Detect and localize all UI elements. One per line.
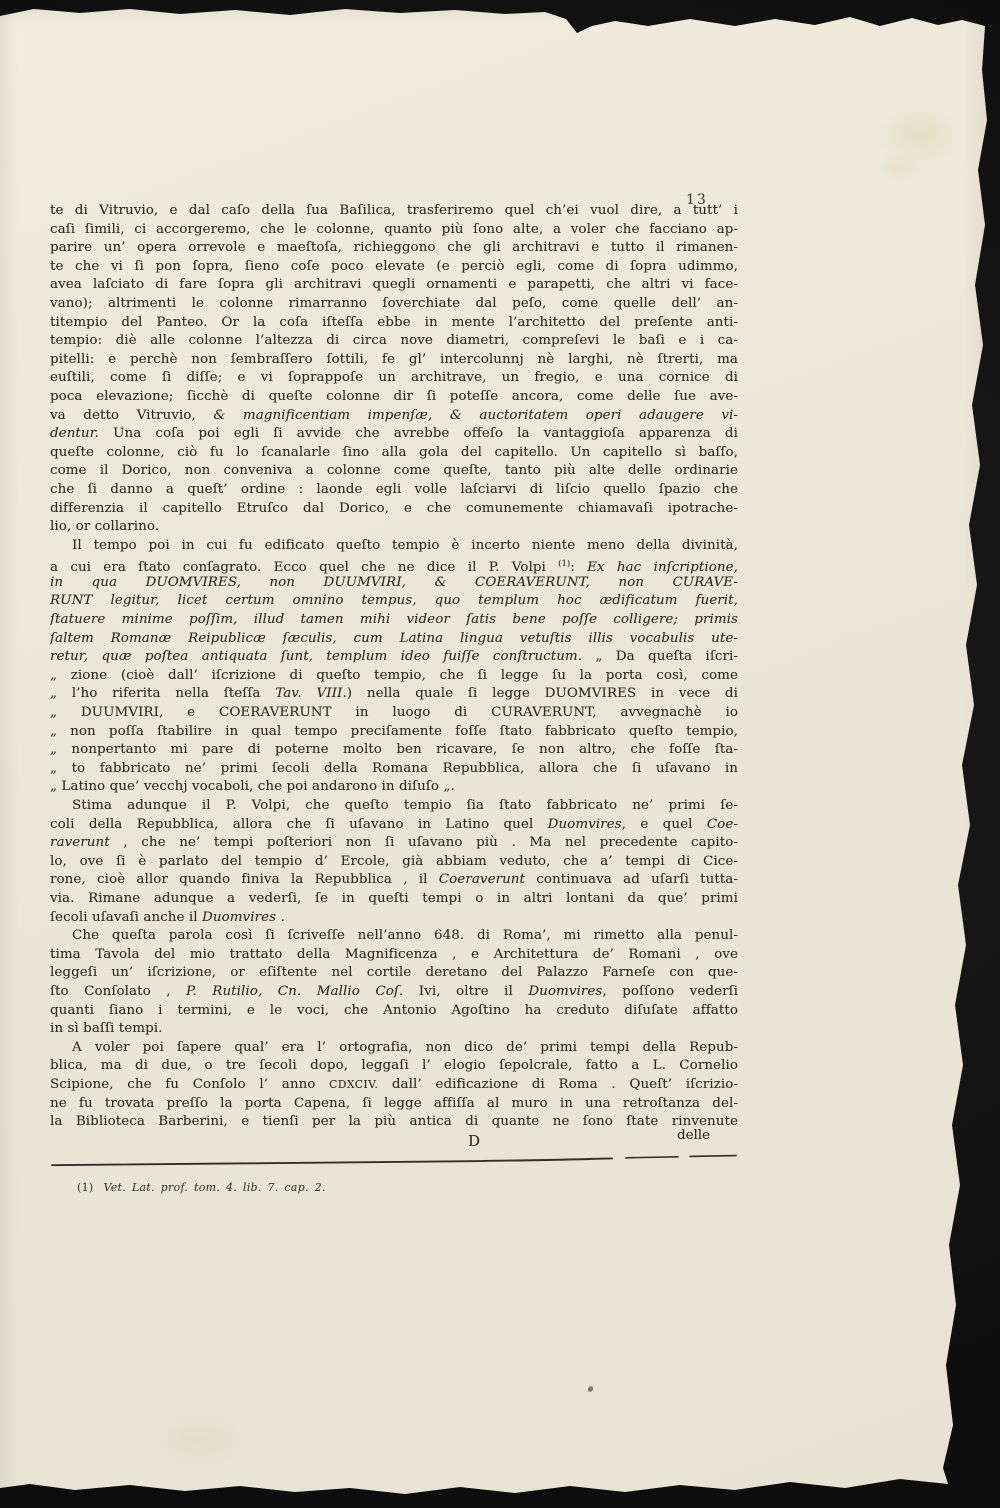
footnote-reference: Vet. Lat. prof. tom. 4. lib. 7. cap. 2. <box>103 1181 325 1194</box>
footnote-rule <box>50 1152 738 1170</box>
signature-row: D delle <box>50 1132 738 1151</box>
text-line: „ nonpertanto mi pare di poterne molto b… <box>50 741 738 760</box>
text-line: differenzia il capitello Etruſco dal Dor… <box>50 500 738 519</box>
text-line: queſte colonne, ciò fu lo ſcanalarle ſin… <box>50 444 738 463</box>
text-line: Scipione, che fu Conſolo l’ anno cdxciv.… <box>50 1076 738 1095</box>
text-line: Il tempo poi in cui fu edificato queſto … <box>50 537 738 556</box>
text-line: „ DUUMVIRI, e COERAVERUNT in luogo di CU… <box>50 704 738 723</box>
text-line: via. Rimane adunque a vederſi, ſe in que… <box>50 890 738 909</box>
text-line: ſtatuere minime poſſim, illud tamen mihi… <box>50 611 738 630</box>
scanned-book-photo: 13 te di Vitruvio, e dal caſo della ſua … <box>0 0 1000 1508</box>
text-line: „ zione (cioè dall’ iſcrizione di queſto… <box>50 667 738 686</box>
text-line: ſaltem Romanæ Reipublicæ ſæculis, cum La… <box>50 630 738 649</box>
text-line: dentur. Una coſa poi egli ſi avvide che … <box>50 425 738 444</box>
text-line: poca elevazione; ſicchè di queſte colonn… <box>50 388 738 407</box>
text-line: „ Latino que’ vecchj vocaboli, che poi a… <box>50 778 738 797</box>
text-line: parire un’ opera orrevole e maeſtoſa, ri… <box>50 239 738 258</box>
text-line: lo, ove ſi è parlato del tempio d’ Ercol… <box>50 853 738 872</box>
text-line: Che queſta parola così ſi ſcriveſſe nell… <box>50 927 738 946</box>
text-line: „ non poſſa ſtabilire in qual tempo prec… <box>50 723 738 742</box>
text-line: Stima adunque il P. Volpi, che queſto te… <box>50 797 738 816</box>
catchword: delle <box>677 1126 710 1145</box>
text-line: te che vi ſi pon ſopra, ſieno coſe poco … <box>50 258 738 277</box>
text-line: tempio: diè alle colonne l’altezza di ci… <box>50 332 738 351</box>
text-line: raverunt , che ne’ tempi poſteriori non … <box>50 834 738 853</box>
text-line: avea laſciato di fare ſopra gli architra… <box>50 276 738 295</box>
text-line: va detto Vitruvio, & magnificentiam impe… <box>50 407 738 426</box>
text-block: te di Vitruvio, e dal caſo della ſua Baſ… <box>50 202 738 1132</box>
footnote-marker: (1) <box>77 1181 93 1194</box>
text-line: blica, ma di due, o tre ſecoli dopo, leg… <box>50 1057 738 1076</box>
text-line: pitelli: e perchè non ſembraſſero ſottil… <box>50 351 738 370</box>
text-line: retur, quæ poſtea antiquata ſunt, templu… <box>50 648 738 667</box>
text-line: tima Tavola del mio trattato della Magni… <box>50 946 738 965</box>
text-line: coli della Repubblica, allora che ſi uſa… <box>50 816 738 835</box>
text-line: la Biblioteca Barberini, e tienſi per la… <box>50 1113 738 1132</box>
text-line: A voler poi ſapere qual’ era l’ ortograf… <box>50 1039 738 1058</box>
text-line: lio, or collarino. <box>50 518 738 537</box>
text-line: che ſi danno a queſt’ ordine : laonde eg… <box>50 481 738 500</box>
text-line: come il Dorico, non conveniva a colonne … <box>50 462 738 481</box>
text-line: quanti ſiano i termini, e le voci, che A… <box>50 1002 738 1021</box>
signature-mark: D <box>468 1132 480 1151</box>
text-line: in sì baſſi tempi. <box>50 1020 738 1039</box>
text-line: „ to fabbricato ne’ primi ſecoli della R… <box>50 760 738 779</box>
text-line: ne fu trovata preſſo la porta Capena, ſi… <box>50 1095 738 1114</box>
text-line: in qua DUOMVIRES, non DUUMVIRI, & COERAV… <box>50 574 738 593</box>
text-line: te di Vitruvio, e dal caſo della ſua Baſ… <box>50 202 738 221</box>
text-line: „ l’ho riferita nella ſteſſa Tav. VIII.)… <box>50 685 738 704</box>
text-line: vano); altrimenti le colonne rimarranno … <box>50 295 738 314</box>
text-line: RUNT legitur, licet certum omnino tempus… <box>50 592 738 611</box>
text-line: leggeſi un’ iſcrizione, or eſiſtente nel… <box>50 964 738 983</box>
text-line: caſi ſimili, ci accorgeremo, che le colo… <box>50 221 738 240</box>
footnote: (1)Vet. Lat. prof. tom. 4. lib. 7. cap. … <box>77 1181 326 1194</box>
text-line: titempio del Panteo. Or la coſa iſteſſa … <box>50 314 738 333</box>
text-line: ſto Conſolato , P. Rutilio, Cn. Mallio C… <box>50 983 738 1002</box>
text-line: rone, cioè allor quando finiva la Repubb… <box>50 871 738 890</box>
text-line: ſecoli uſavaſi anche il Duomvires . <box>50 909 738 928</box>
text-line: a cui era ſtato conſagrato. Ecco quel ch… <box>50 555 738 574</box>
text-line: euſtili, come ſi diſſe; e vi ſoprappoſe … <box>50 369 738 388</box>
